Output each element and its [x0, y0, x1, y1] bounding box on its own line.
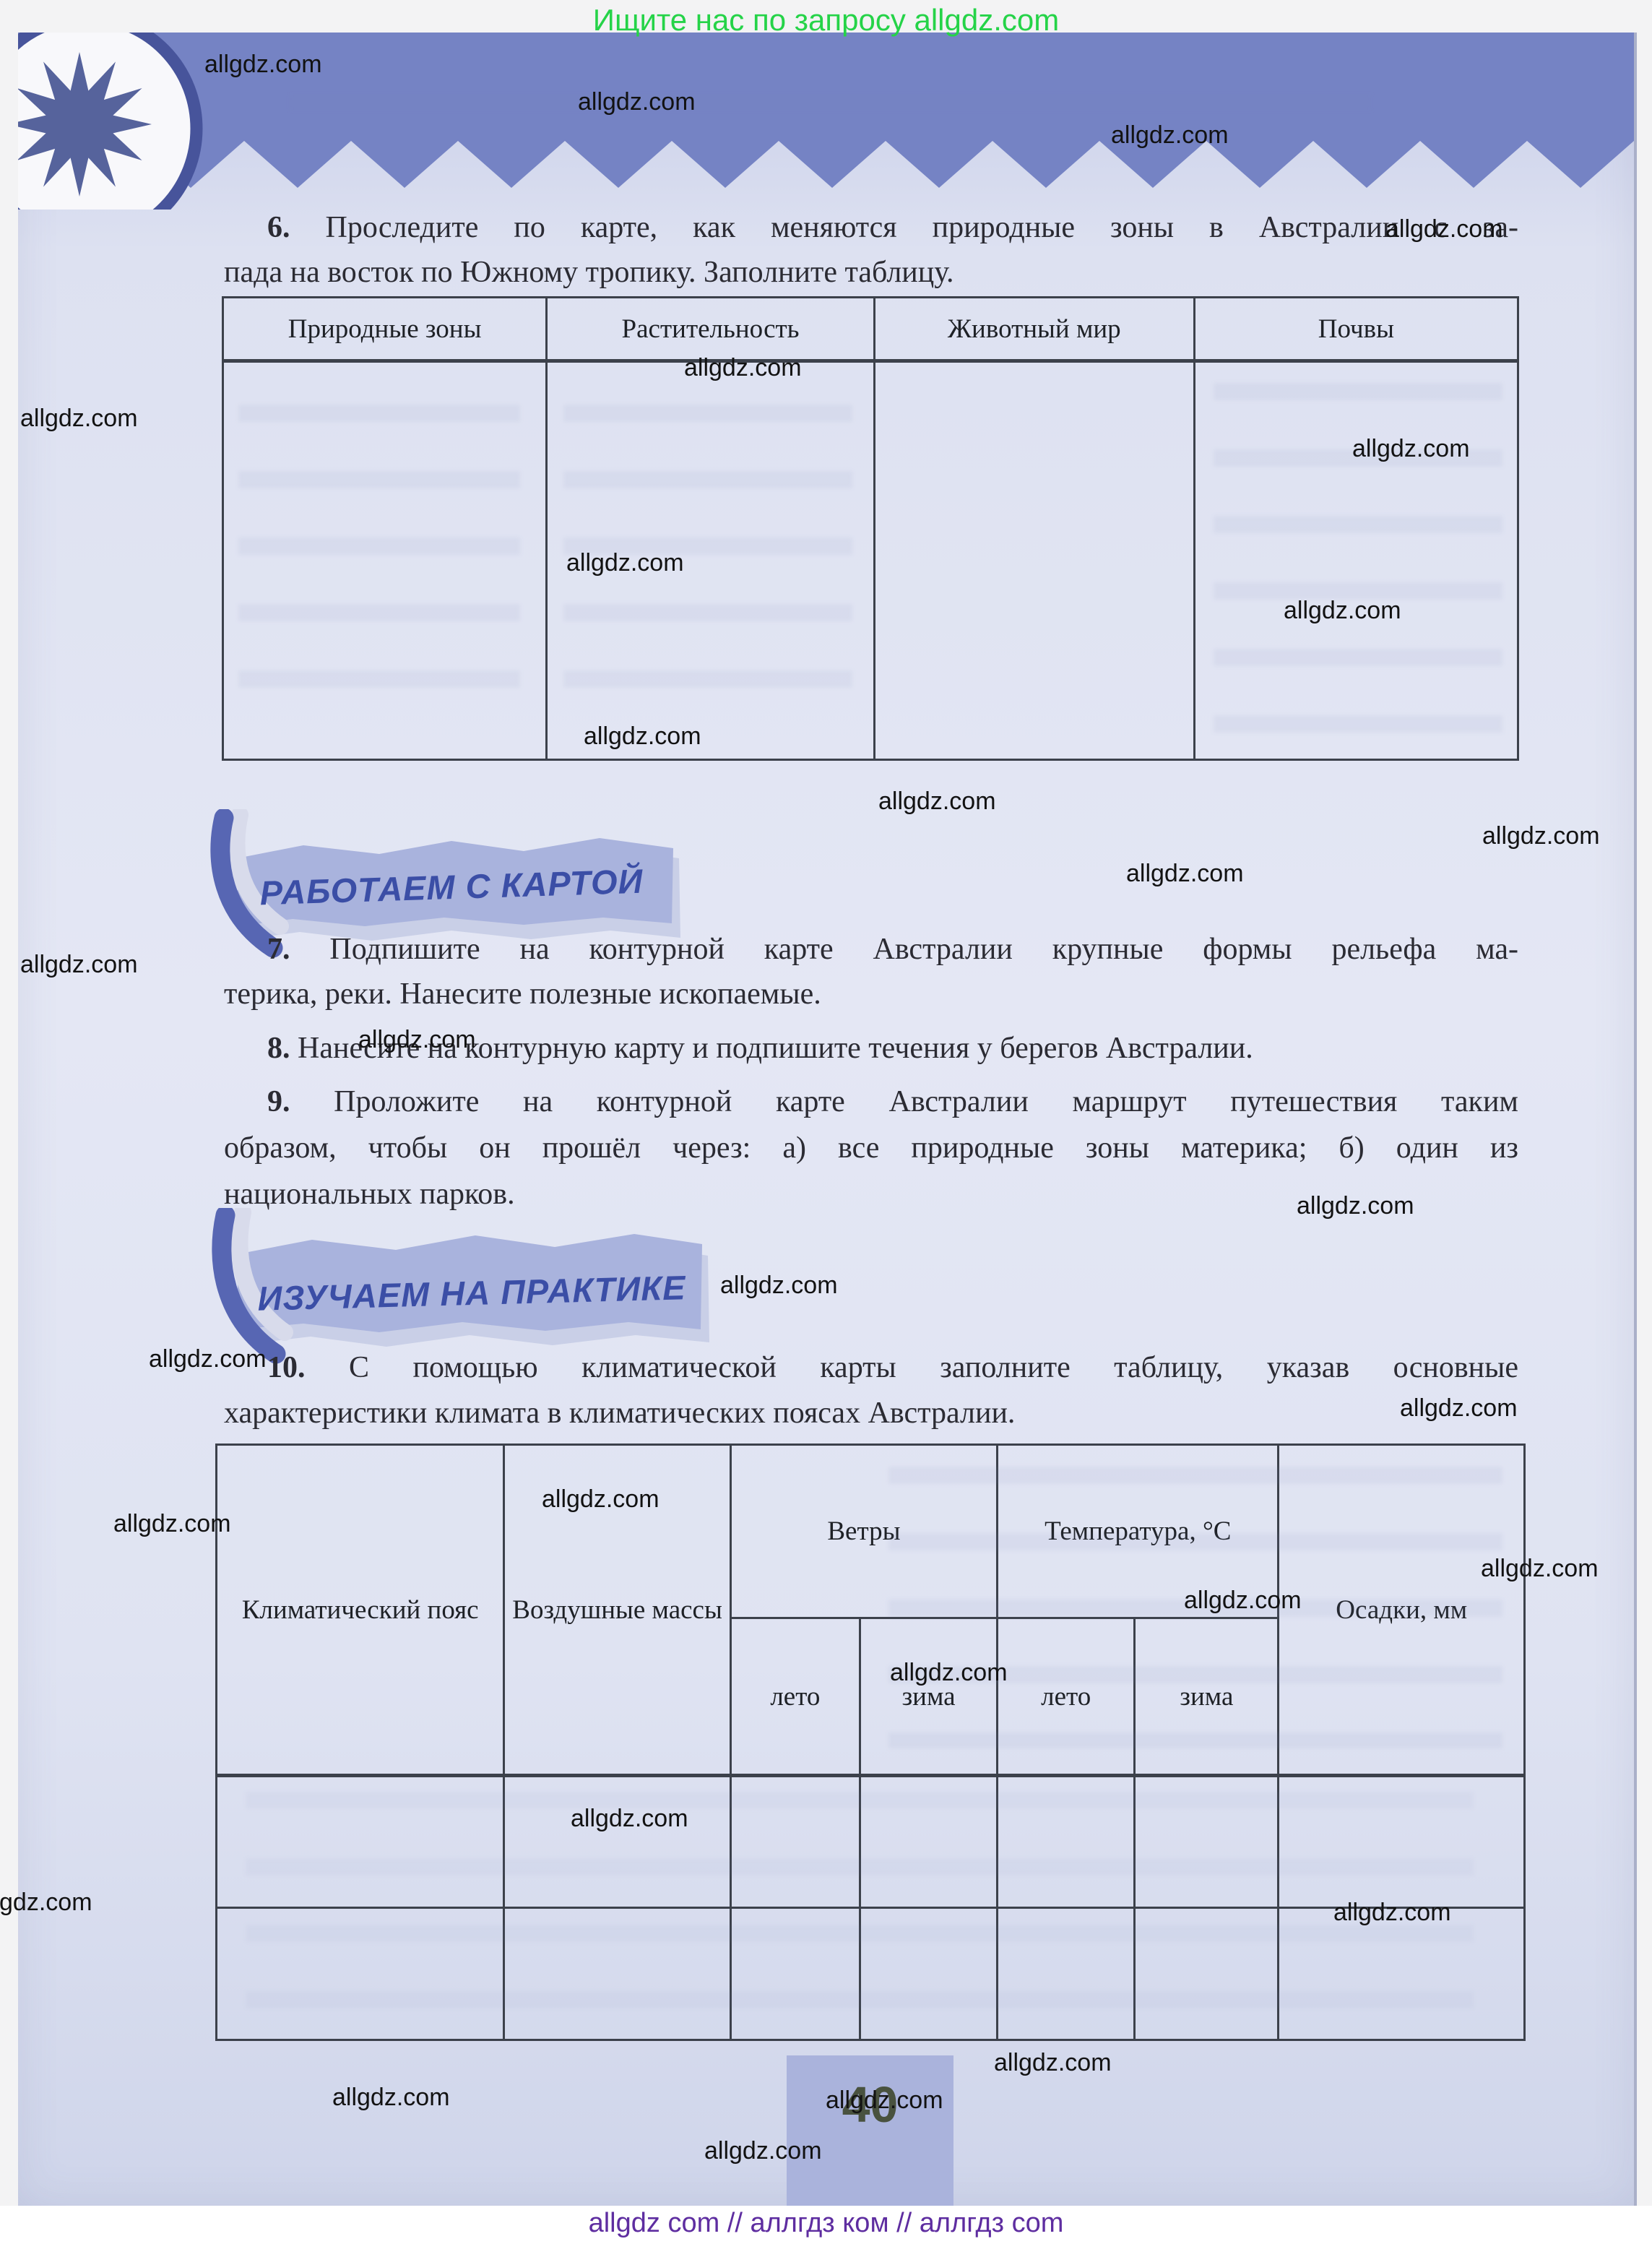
watermark: allgdz.com	[584, 722, 701, 751]
nature-col-animals: Животный мир	[874, 298, 1194, 361]
watermark: allgdz.com	[20, 951, 138, 979]
task-10-line-2: характеристики климата в климатических п…	[224, 1391, 1518, 1436]
bottom-promo-text: allgdz com // аллгдз ком // аллгдз com	[0, 2208, 1652, 2239]
watermark: allgdz.com	[149, 1345, 267, 1373]
task-7-line-1: 7. Подпишите на контурной карте Австрали…	[224, 927, 1518, 972]
task-7-line-2: терика, реки. Нанесите полезные ископаем…	[224, 972, 1518, 1017]
watermark: allgdz.com	[332, 2084, 450, 2112]
nature-col-vegetation: Растительность	[547, 298, 875, 361]
climate-col-belt: Климатический пояс	[217, 1445, 504, 1776]
watermark: allgdz.com	[1482, 822, 1600, 850]
task-6-line-2: пада на восток по Южному тропику. Заполн…	[224, 250, 1518, 295]
watermark: allgdz.com	[1385, 215, 1503, 243]
watermark: allgdz.com	[1297, 1192, 1414, 1220]
watermark: allgdz.com	[0, 1889, 92, 1917]
task-6-paragraph: 6. Проследите по карте, как меняются при…	[224, 205, 1518, 295]
task-10-paragraph: 10. С помощью климатической карты заполн…	[224, 1345, 1518, 1436]
watermark: allgdz.com	[1352, 435, 1470, 463]
watermark: allgdz.com	[704, 2137, 822, 2165]
watermark: allgdz.com	[566, 549, 684, 577]
nature-col-soils: Почвы	[1194, 298, 1518, 361]
task-9-line-2: образом, чтобы он прошёл через: а) все п…	[224, 1125, 1518, 1171]
page: Ищите нас по запросу allgdz.com allgdz c…	[0, 0, 1652, 2244]
nature-col-zones: Природные зоны	[223, 298, 547, 361]
task-9-number: 9.	[267, 1085, 290, 1118]
climate-sub-winds-summer: лето	[730, 1618, 860, 1776]
bleed-through-ghost	[238, 405, 520, 715]
watermark: allgdz.com	[542, 1485, 659, 1514]
task-10-number: 10.	[267, 1351, 306, 1384]
watermark: allgdz.com	[1126, 860, 1244, 888]
watermark: allgdz.com	[890, 1659, 1008, 1687]
bleed-through-ghost	[246, 1792, 1474, 2023]
watermark: allgdz.com	[994, 2049, 1112, 2077]
task-7-paragraph: 7. Подпишите на контурной карте Австрали…	[224, 927, 1518, 1017]
watermark: allgdz.com	[1481, 1555, 1599, 1583]
watermark: allgdz.com	[1184, 1587, 1302, 1615]
watermark: allgdz.com	[684, 354, 802, 382]
task-10-line-1: 10. С помощью климатической карты заполн…	[224, 1345, 1518, 1391]
watermark: allgdz.com	[720, 1272, 838, 1300]
watermark: allgdz.com	[113, 1510, 231, 1538]
watermark: allgdz.com	[1111, 121, 1229, 150]
task-6-line-1: 6. Проследите по карте, как меняются при…	[224, 205, 1518, 250]
watermark: allgdz.com	[578, 88, 696, 116]
task-9-line-1: 9. Проложите на контурной карте Австрали…	[224, 1079, 1518, 1125]
task-6-number: 6.	[267, 211, 290, 244]
watermark: allgdz.com	[826, 2087, 943, 2115]
watermark: allgdz.com	[358, 1026, 476, 1054]
top-promo-text: Ищите нас по запросу allgdz.com	[0, 3, 1652, 38]
task-7-number: 7.	[267, 933, 290, 966]
watermark: allgdz.com	[571, 1805, 688, 1833]
task-8-number: 8.	[267, 1032, 290, 1065]
nature-cell-empty	[874, 361, 1194, 760]
watermark: allgdz.com	[878, 787, 996, 816]
watermark: allgdz.com	[1284, 597, 1401, 625]
page-number-badge: 40	[787, 2055, 953, 2206]
watermark: allgdz.com	[20, 405, 138, 433]
watermark: allgdz.com	[204, 51, 322, 79]
watermark: allgdz.com	[1400, 1394, 1518, 1423]
watermark: allgdz.com	[1333, 1899, 1451, 1927]
